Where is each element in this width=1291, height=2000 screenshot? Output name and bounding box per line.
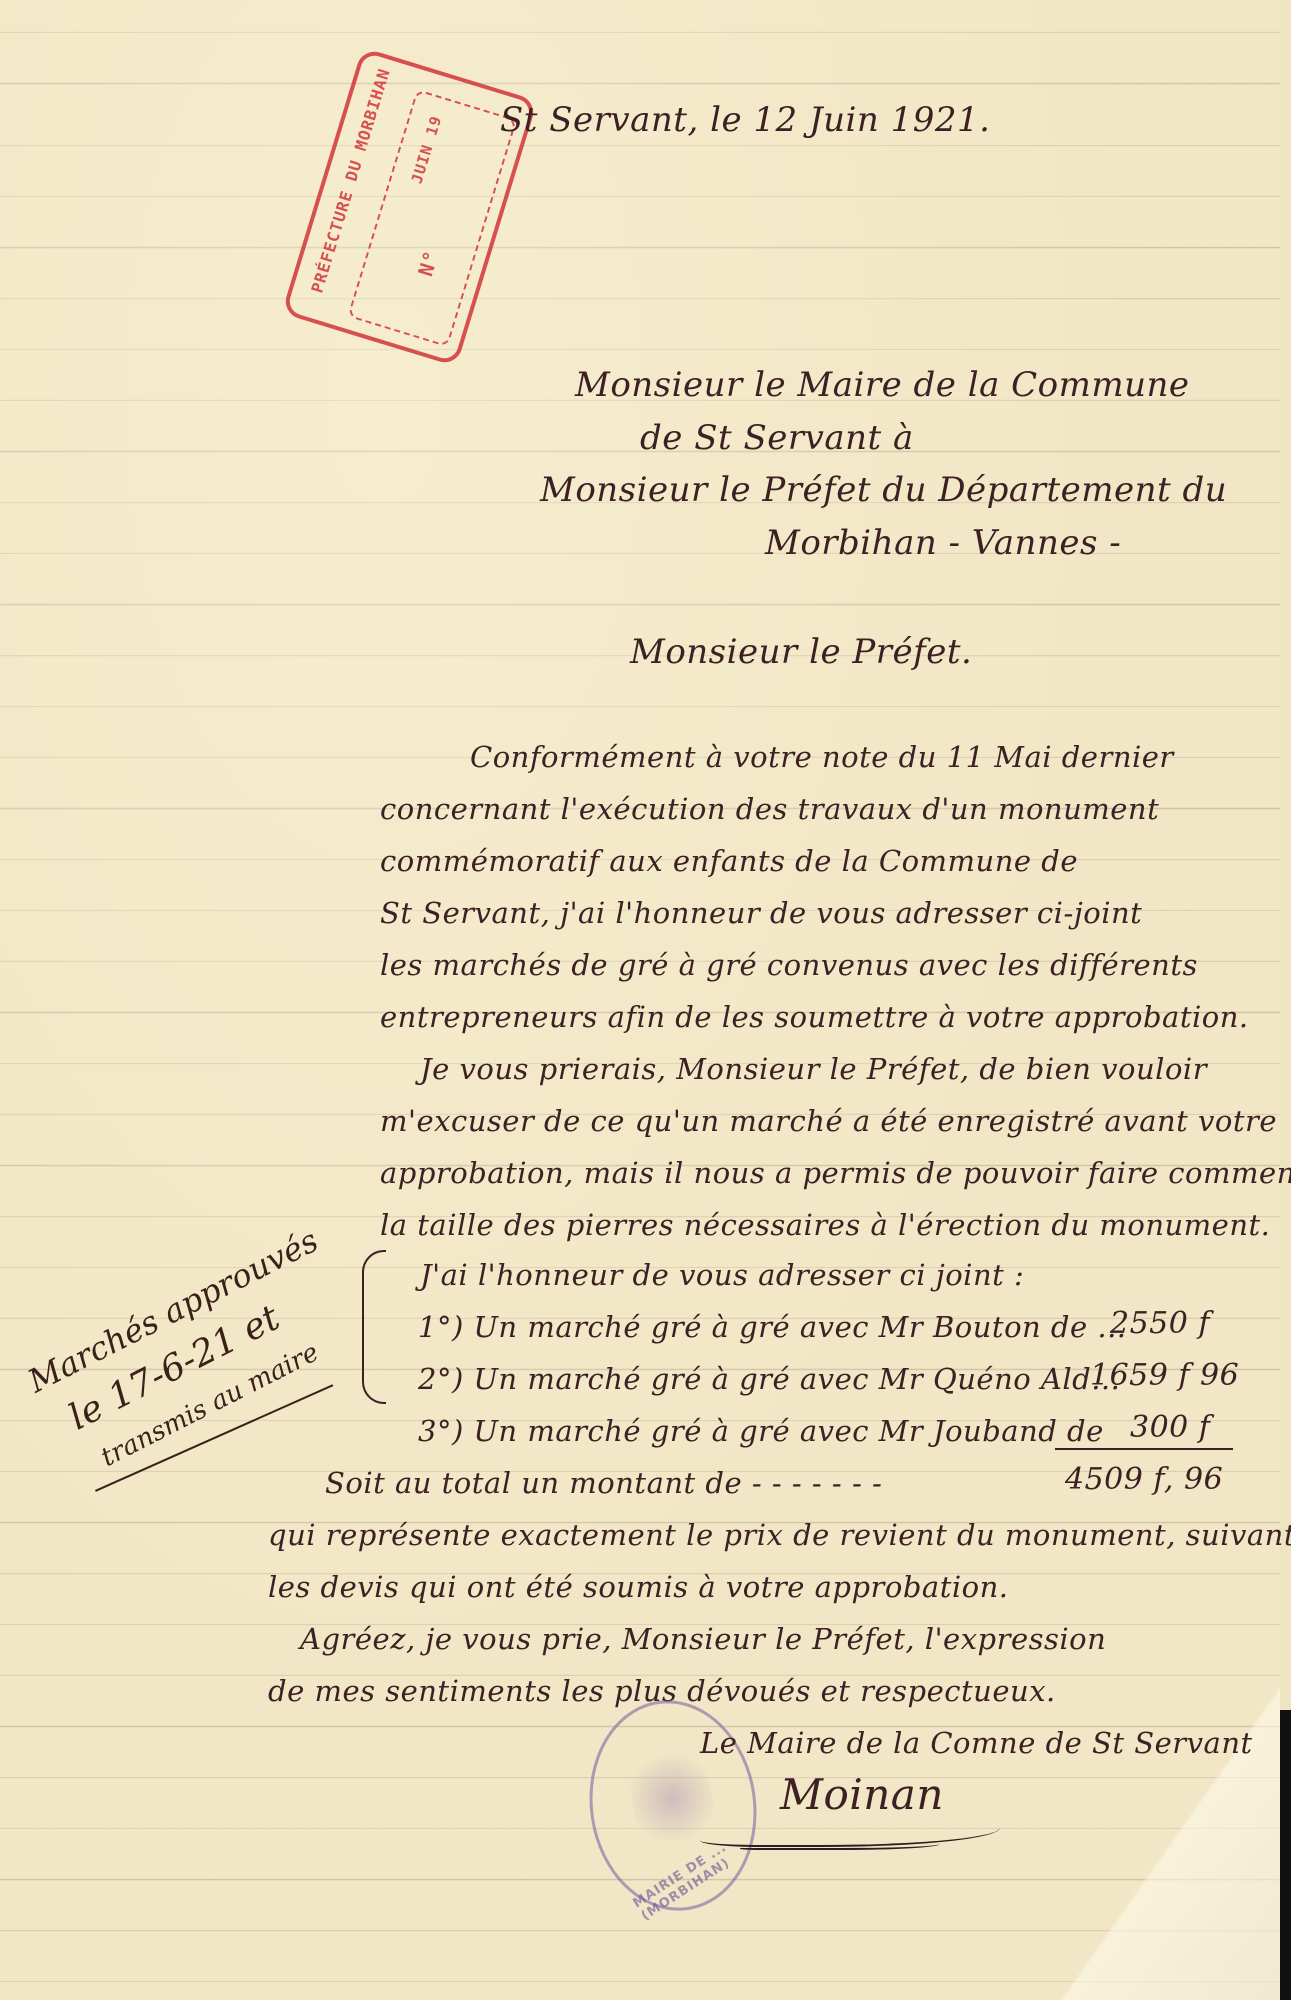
body-line: la taille des pierres nécessaires à l'ér… xyxy=(380,1208,1270,1242)
address-line-3: Monsieur le Préfet du Département du xyxy=(540,470,1227,510)
list-item-label: 3°) Un marché gré à gré avec Mr Jouband … xyxy=(418,1414,1104,1448)
total-amount: 4509 f, 96 xyxy=(1065,1462,1223,1497)
body-line: commémoratif aux enfants de la Commune d… xyxy=(380,844,1078,878)
closing-line: Le Maire de la Comne de St Servant xyxy=(700,1726,1253,1760)
body-line: m'excuser de ce qu'un marché a été enreg… xyxy=(380,1104,1277,1138)
signature-flourish xyxy=(740,1838,940,1850)
body-line: les marchés de gré à gré convenus avec l… xyxy=(380,948,1198,982)
body-line: entrepreneurs afin de les soumettre à vo… xyxy=(380,1000,1249,1034)
list-item-amount: 2550 f xyxy=(1110,1306,1210,1341)
list-item-label: 1°) Un marché gré à gré avec Mr Bouton d… xyxy=(418,1310,1127,1344)
list-intro: J'ai l'honneur de vous adresser ci joint… xyxy=(420,1258,1024,1292)
body-line: Je vous prierais, Monsieur le Préfet, de… xyxy=(420,1052,1207,1086)
page-edge-shadow xyxy=(1280,1710,1291,2000)
body-line: approbation, mais il nous a permis de po… xyxy=(380,1156,1291,1190)
address-line-1: Monsieur le Maire de la Commune xyxy=(575,365,1190,405)
address-line-4: Morbihan - Vannes - xyxy=(765,523,1121,563)
body-line: Conformément à votre note du 11 Mai dern… xyxy=(470,740,1174,774)
address-line-2: de St Servant à xyxy=(640,418,914,458)
body-line: qui représente exactement le prix de rev… xyxy=(268,1518,1291,1552)
signature: Moinan xyxy=(780,1770,944,1819)
body-line: les devis qui ont été soumis à votre app… xyxy=(268,1570,1008,1604)
list-item-label: 2°) Un marché gré à gré avec Mr Quéno Al… xyxy=(418,1362,1120,1396)
body-line: St Servant, j'ai l'honneur de vous adres… xyxy=(380,896,1142,930)
body-line: concernant l'exécution des travaux d'un … xyxy=(380,792,1159,826)
date-line: St Servant, le 12 Juin 1921. xyxy=(500,100,990,140)
total-label: Soit au total un montant de - - - - - - … xyxy=(325,1466,882,1500)
list-item-amount: 300 f xyxy=(1130,1410,1210,1445)
salutation: Monsieur le Préfet. xyxy=(630,632,972,672)
total-underline xyxy=(1055,1448,1233,1450)
body-line: Agréez, je vous prie, Monsieur le Préfet… xyxy=(300,1622,1106,1656)
list-item-amount: 1659 f 96 xyxy=(1090,1358,1239,1393)
